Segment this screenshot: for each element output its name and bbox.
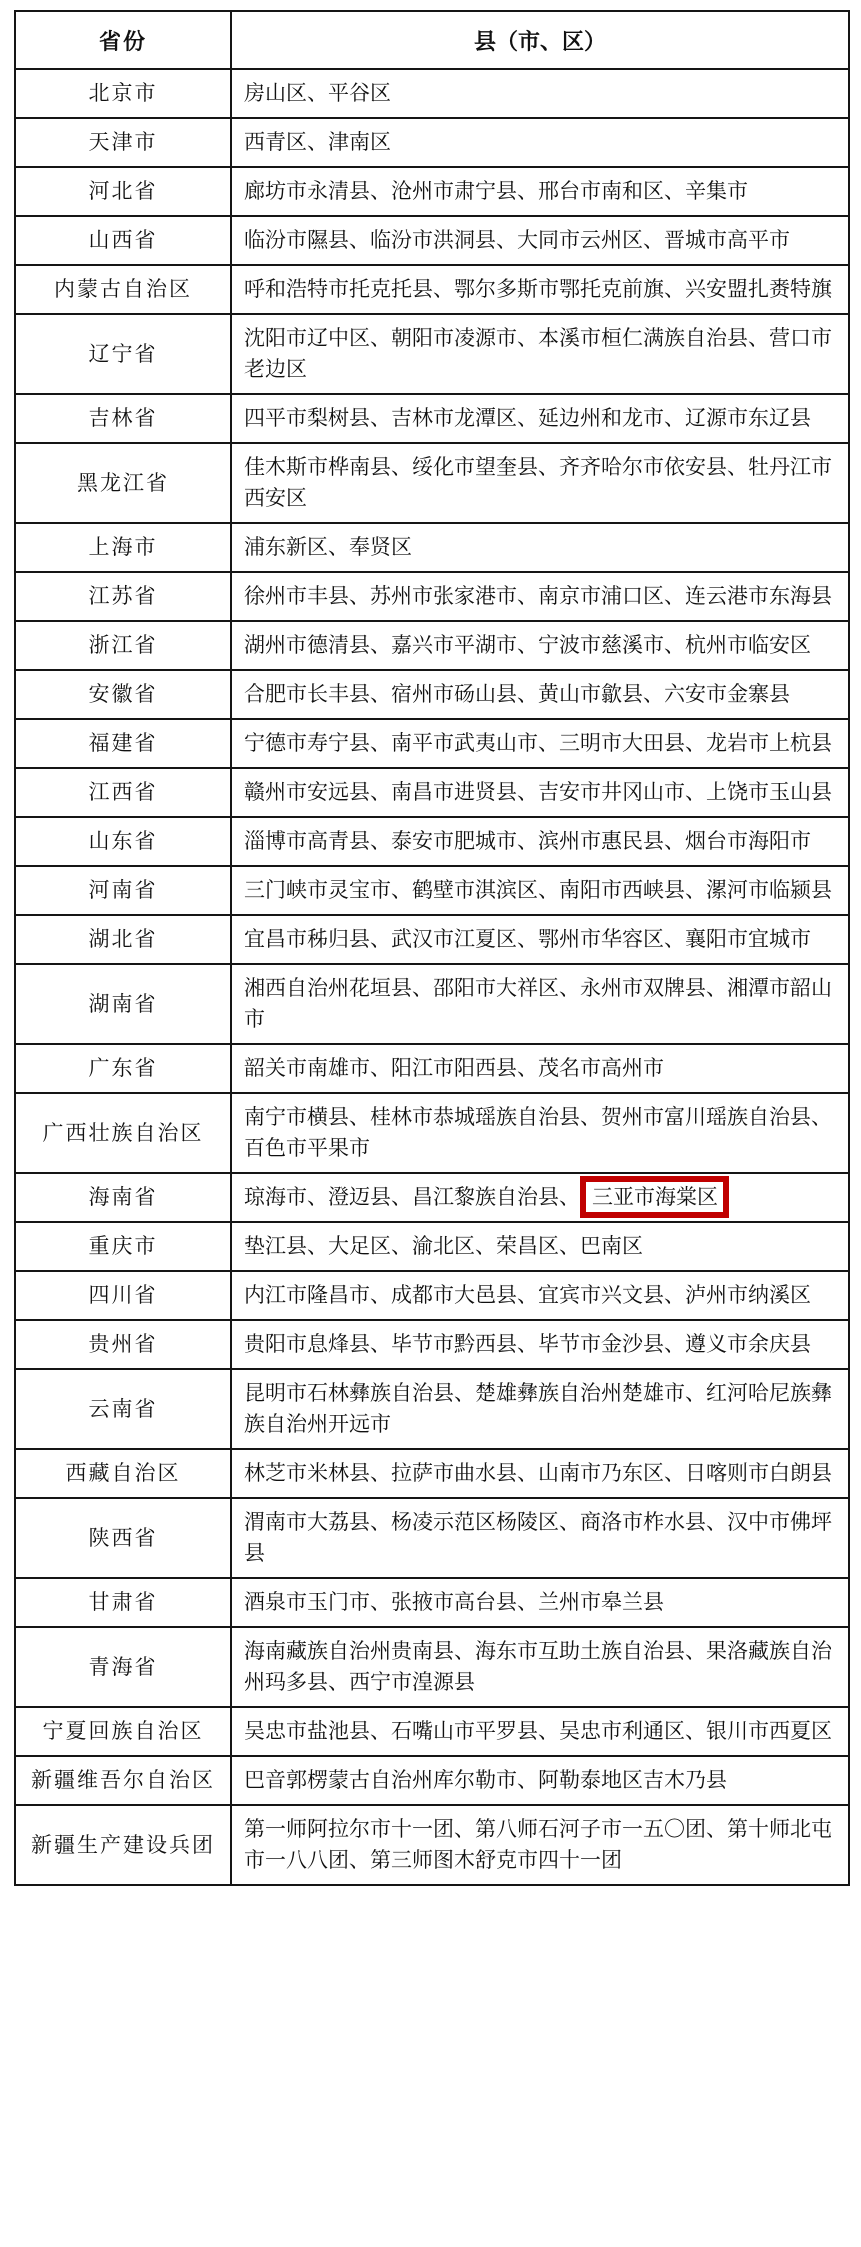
counties-text: 三门峡市灵宝市、鹤壁市淇滨区、南阳市西峡县、漯河市临颍县 bbox=[244, 878, 832, 902]
table-row: 广西壮族自治区南宁市横县、桂林市恭城瑶族自治县、贺州市富川瑶族自治县、百色市平果… bbox=[15, 1093, 849, 1173]
table-row: 新疆维吾尔自治区巴音郭楞蒙古自治州库尔勒市、阿勒泰地区吉木乃县 bbox=[15, 1756, 849, 1805]
counties-text: 湖州市德清县、嘉兴市平湖市、宁波市慈溪市、杭州市临安区 bbox=[244, 633, 811, 657]
province-cell: 吉林省 bbox=[15, 394, 231, 443]
counties-text: 渭南市大荔县、杨凌示范区杨陵区、商洛市柞水县、汉中市佛坪县 bbox=[244, 1510, 832, 1565]
table-row: 山西省临汾市隰县、临汾市洪洞县、大同市云州区、晋城市高平市 bbox=[15, 216, 849, 265]
counties-text: 佳木斯市桦南县、绥化市望奎县、齐齐哈尔市依安县、牡丹江市西安区 bbox=[244, 455, 832, 510]
table-row: 广东省韶关市南雄市、阳江市阳西县、茂名市高州市 bbox=[15, 1044, 849, 1093]
counties-cell: 浦东新区、奉贤区 bbox=[231, 523, 849, 572]
counties-cell: 廊坊市永清县、沧州市肃宁县、邢台市南和区、辛集市 bbox=[231, 167, 849, 216]
highlight-box: 三亚市海棠区 bbox=[580, 1176, 729, 1218]
province-cell: 湖南省 bbox=[15, 964, 231, 1044]
counties-cell: 西青区、津南区 bbox=[231, 118, 849, 167]
province-cell: 广东省 bbox=[15, 1044, 231, 1093]
counties-cell: 临汾市隰县、临汾市洪洞县、大同市云州区、晋城市高平市 bbox=[231, 216, 849, 265]
counties-cell: 湘西自治州花垣县、邵阳市大祥区、永州市双牌县、湘潭市韶山市 bbox=[231, 964, 849, 1044]
counties-cell: 渭南市大荔县、杨凌示范区杨陵区、商洛市柞水县、汉中市佛坪县 bbox=[231, 1498, 849, 1578]
province-cell: 河南省 bbox=[15, 866, 231, 915]
table-row: 山东省淄博市高青县、泰安市肥城市、滨州市惠民县、烟台市海阳市 bbox=[15, 817, 849, 866]
counties-cell: 韶关市南雄市、阳江市阳西县、茂名市高州市 bbox=[231, 1044, 849, 1093]
table-row: 新疆生产建设兵团第一师阿拉尔市十一团、第八师石河子市一五〇团、第十师北屯市一八八… bbox=[15, 1805, 849, 1885]
counties-cell: 林芝市米林县、拉萨市曲水县、山南市乃东区、日喀则市白朗县 bbox=[231, 1449, 849, 1498]
counties-text: 琼海市、澄迈县、昌江黎族自治县、 bbox=[244, 1185, 580, 1209]
table-row: 河北省廊坊市永清县、沧州市肃宁县、邢台市南和区、辛集市 bbox=[15, 167, 849, 216]
table-row: 黑龙江省佳木斯市桦南县、绥化市望奎县、齐齐哈尔市依安县、牡丹江市西安区 bbox=[15, 443, 849, 523]
counties-text: 贵阳市息烽县、毕节市黔西县、毕节市金沙县、遵义市余庆县 bbox=[244, 1332, 811, 1356]
province-cell: 北京市 bbox=[15, 69, 231, 118]
counties-text: 临汾市隰县、临汾市洪洞县、大同市云州区、晋城市高平市 bbox=[244, 228, 790, 252]
table-row: 江西省赣州市安远县、南昌市进贤县、吉安市井冈山市、上饶市玉山县 bbox=[15, 768, 849, 817]
counties-text: 呼和浩特市托克托县、鄂尔多斯市鄂托克前旗、兴安盟扎赉特旗 bbox=[244, 277, 832, 301]
header-counties: 县（市、区） bbox=[231, 11, 849, 69]
counties-cell: 房山区、平谷区 bbox=[231, 69, 849, 118]
province-cell: 内蒙古自治区 bbox=[15, 265, 231, 314]
counties-cell: 四平市梨树县、吉林市龙潭区、延边州和龙市、辽源市东辽县 bbox=[231, 394, 849, 443]
table-row: 宁夏回族自治区吴忠市盐池县、石嘴山市平罗县、吴忠市利通区、银川市西夏区 bbox=[15, 1707, 849, 1756]
table-row: 湖南省湘西自治州花垣县、邵阳市大祥区、永州市双牌县、湘潭市韶山市 bbox=[15, 964, 849, 1044]
table-row: 甘肃省酒泉市玉门市、张掖市高台县、兰州市皋兰县 bbox=[15, 1578, 849, 1627]
province-cell: 浙江省 bbox=[15, 621, 231, 670]
province-cell: 海南省 bbox=[15, 1173, 231, 1222]
province-cell: 新疆生产建设兵团 bbox=[15, 1805, 231, 1885]
table-header-row: 省份 县（市、区） bbox=[15, 11, 849, 69]
counties-cell: 第一师阿拉尔市十一团、第八师石河子市一五〇团、第十师北屯市一八八团、第三师图木舒… bbox=[231, 1805, 849, 1885]
counties-cell: 宜昌市秭归县、武汉市江夏区、鄂州市华容区、襄阳市宜城市 bbox=[231, 915, 849, 964]
counties-cell: 吴忠市盐池县、石嘴山市平罗县、吴忠市利通区、银川市西夏区 bbox=[231, 1707, 849, 1756]
province-cell: 青海省 bbox=[15, 1627, 231, 1707]
table-row: 安徽省合肥市长丰县、宿州市砀山县、黄山市歙县、六安市金寨县 bbox=[15, 670, 849, 719]
counties-cell: 佳木斯市桦南县、绥化市望奎县、齐齐哈尔市依安县、牡丹江市西安区 bbox=[231, 443, 849, 523]
counties-text: 合肥市长丰县、宿州市砀山县、黄山市歙县、六安市金寨县 bbox=[244, 682, 790, 706]
province-cell: 西藏自治区 bbox=[15, 1449, 231, 1498]
province-cell: 贵州省 bbox=[15, 1320, 231, 1369]
counties-text: 内江市隆昌市、成都市大邑县、宜宾市兴文县、泸州市纳溪区 bbox=[244, 1283, 811, 1307]
table-body: 北京市房山区、平谷区天津市西青区、津南区河北省廊坊市永清县、沧州市肃宁县、邢台市… bbox=[15, 69, 849, 1885]
province-cell: 江苏省 bbox=[15, 572, 231, 621]
province-cell: 天津市 bbox=[15, 118, 231, 167]
counties-text: 徐州市丰县、苏州市张家港市、南京市浦口区、连云港市东海县 bbox=[244, 584, 832, 608]
table-row: 辽宁省沈阳市辽中区、朝阳市凌源市、本溪市桓仁满族自治县、营口市老边区 bbox=[15, 314, 849, 394]
counties-cell: 垫江县、大足区、渝北区、荣昌区、巴南区 bbox=[231, 1222, 849, 1271]
province-cell: 福建省 bbox=[15, 719, 231, 768]
table-row: 云南省昆明市石林彝族自治县、楚雄彝族自治州楚雄市、红河哈尼族彝族自治州开远市 bbox=[15, 1369, 849, 1449]
counties-cell: 湖州市德清县、嘉兴市平湖市、宁波市慈溪市、杭州市临安区 bbox=[231, 621, 849, 670]
counties-cell: 淄博市高青县、泰安市肥城市、滨州市惠民县、烟台市海阳市 bbox=[231, 817, 849, 866]
province-cell: 山西省 bbox=[15, 216, 231, 265]
counties-cell: 三门峡市灵宝市、鹤壁市淇滨区、南阳市西峡县、漯河市临颍县 bbox=[231, 866, 849, 915]
province-cell: 重庆市 bbox=[15, 1222, 231, 1271]
table-row: 湖北省宜昌市秭归县、武汉市江夏区、鄂州市华容区、襄阳市宜城市 bbox=[15, 915, 849, 964]
counties-cell: 呼和浩特市托克托县、鄂尔多斯市鄂托克前旗、兴安盟扎赉特旗 bbox=[231, 265, 849, 314]
province-cell: 广西壮族自治区 bbox=[15, 1093, 231, 1173]
counties-text: 西青区、津南区 bbox=[244, 130, 391, 154]
table-row: 贵州省贵阳市息烽县、毕节市黔西县、毕节市金沙县、遵义市余庆县 bbox=[15, 1320, 849, 1369]
counties-text: 海南藏族自治州贵南县、海东市互助土族自治县、果洛藏族自治州玛多县、西宁市湟源县 bbox=[244, 1639, 832, 1694]
province-cell: 上海市 bbox=[15, 523, 231, 572]
counties-text: 沈阳市辽中区、朝阳市凌源市、本溪市桓仁满族自治县、营口市老边区 bbox=[244, 326, 832, 381]
table-row: 内蒙古自治区呼和浩特市托克托县、鄂尔多斯市鄂托克前旗、兴安盟扎赉特旗 bbox=[15, 265, 849, 314]
table-row: 上海市浦东新区、奉贤区 bbox=[15, 523, 849, 572]
table-row: 北京市房山区、平谷区 bbox=[15, 69, 849, 118]
header-province: 省份 bbox=[15, 11, 231, 69]
table-row: 青海省海南藏族自治州贵南县、海东市互助土族自治县、果洛藏族自治州玛多县、西宁市湟… bbox=[15, 1627, 849, 1707]
counties-cell: 内江市隆昌市、成都市大邑县、宜宾市兴文县、泸州市纳溪区 bbox=[231, 1271, 849, 1320]
counties-text: 酒泉市玉门市、张掖市高台县、兰州市皋兰县 bbox=[244, 1590, 664, 1614]
province-cell: 江西省 bbox=[15, 768, 231, 817]
table-row: 浙江省湖州市德清县、嘉兴市平湖市、宁波市慈溪市、杭州市临安区 bbox=[15, 621, 849, 670]
province-cell: 宁夏回族自治区 bbox=[15, 1707, 231, 1756]
counties-text: 垫江县、大足区、渝北区、荣昌区、巴南区 bbox=[244, 1234, 643, 1258]
province-county-table: 省份 县（市、区） 北京市房山区、平谷区天津市西青区、津南区河北省廊坊市永清县、… bbox=[14, 10, 850, 1886]
province-cell: 陕西省 bbox=[15, 1498, 231, 1578]
table-row: 福建省宁德市寿宁县、南平市武夷山市、三明市大田县、龙岩市上杭县 bbox=[15, 719, 849, 768]
province-cell: 云南省 bbox=[15, 1369, 231, 1449]
counties-text: 宜昌市秭归县、武汉市江夏区、鄂州市华容区、襄阳市宜城市 bbox=[244, 927, 811, 951]
counties-text: 浦东新区、奉贤区 bbox=[244, 535, 412, 559]
counties-cell: 巴音郭楞蒙古自治州库尔勒市、阿勒泰地区吉木乃县 bbox=[231, 1756, 849, 1805]
table-row: 海南省琼海市、澄迈县、昌江黎族自治县、三亚市海棠区 bbox=[15, 1173, 849, 1222]
counties-text: 淄博市高青县、泰安市肥城市、滨州市惠民县、烟台市海阳市 bbox=[244, 829, 811, 853]
table-row: 河南省三门峡市灵宝市、鹤壁市淇滨区、南阳市西峡县、漯河市临颍县 bbox=[15, 866, 849, 915]
counties-cell: 琼海市、澄迈县、昌江黎族自治县、三亚市海棠区 bbox=[231, 1173, 849, 1222]
province-cell: 安徽省 bbox=[15, 670, 231, 719]
counties-text: 宁德市寿宁县、南平市武夷山市、三明市大田县、龙岩市上杭县 bbox=[244, 731, 832, 755]
province-cell: 新疆维吾尔自治区 bbox=[15, 1756, 231, 1805]
counties-text: 湘西自治州花垣县、邵阳市大祥区、永州市双牌县、湘潭市韶山市 bbox=[244, 976, 832, 1031]
counties-cell: 南宁市横县、桂林市恭城瑶族自治县、贺州市富川瑶族自治县、百色市平果市 bbox=[231, 1093, 849, 1173]
counties-cell: 宁德市寿宁县、南平市武夷山市、三明市大田县、龙岩市上杭县 bbox=[231, 719, 849, 768]
table-row: 江苏省徐州市丰县、苏州市张家港市、南京市浦口区、连云港市东海县 bbox=[15, 572, 849, 621]
table-row: 陕西省渭南市大荔县、杨凌示范区杨陵区、商洛市柞水县、汉中市佛坪县 bbox=[15, 1498, 849, 1578]
counties-text: 廊坊市永清县、沧州市肃宁县、邢台市南和区、辛集市 bbox=[244, 179, 748, 203]
counties-cell: 赣州市安远县、南昌市进贤县、吉安市井冈山市、上饶市玉山县 bbox=[231, 768, 849, 817]
table-row: 吉林省四平市梨树县、吉林市龙潭区、延边州和龙市、辽源市东辽县 bbox=[15, 394, 849, 443]
counties-text: 昆明市石林彝族自治县、楚雄彝族自治州楚雄市、红河哈尼族彝族自治州开远市 bbox=[244, 1381, 832, 1436]
province-cell: 山东省 bbox=[15, 817, 231, 866]
counties-text: 第一师阿拉尔市十一团、第八师石河子市一五〇团、第十师北屯市一八八团、第三师图木舒… bbox=[244, 1817, 832, 1872]
counties-text: 吴忠市盐池县、石嘴山市平罗县、吴忠市利通区、银川市西夏区 bbox=[244, 1719, 832, 1743]
counties-cell: 昆明市石林彝族自治县、楚雄彝族自治州楚雄市、红河哈尼族彝族自治州开远市 bbox=[231, 1369, 849, 1449]
province-cell: 黑龙江省 bbox=[15, 443, 231, 523]
counties-text: 南宁市横县、桂林市恭城瑶族自治县、贺州市富川瑶族自治县、百色市平果市 bbox=[244, 1105, 832, 1160]
table-row: 天津市西青区、津南区 bbox=[15, 118, 849, 167]
table-row: 四川省内江市隆昌市、成都市大邑县、宜宾市兴文县、泸州市纳溪区 bbox=[15, 1271, 849, 1320]
province-cell: 四川省 bbox=[15, 1271, 231, 1320]
province-cell: 辽宁省 bbox=[15, 314, 231, 394]
table-row: 西藏自治区林芝市米林县、拉萨市曲水县、山南市乃东区、日喀则市白朗县 bbox=[15, 1449, 849, 1498]
counties-cell: 贵阳市息烽县、毕节市黔西县、毕节市金沙县、遵义市余庆县 bbox=[231, 1320, 849, 1369]
counties-cell: 沈阳市辽中区、朝阳市凌源市、本溪市桓仁满族自治县、营口市老边区 bbox=[231, 314, 849, 394]
province-cell: 河北省 bbox=[15, 167, 231, 216]
table-row: 重庆市垫江县、大足区、渝北区、荣昌区、巴南区 bbox=[15, 1222, 849, 1271]
counties-text: 房山区、平谷区 bbox=[244, 81, 391, 105]
document-page: 省份 县（市、区） 北京市房山区、平谷区天津市西青区、津南区河北省廊坊市永清县、… bbox=[0, 0, 861, 2247]
counties-text: 四平市梨树县、吉林市龙潭区、延边州和龙市、辽源市东辽县 bbox=[244, 406, 811, 430]
counties-text: 韶关市南雄市、阳江市阳西县、茂名市高州市 bbox=[244, 1056, 664, 1080]
counties-cell: 海南藏族自治州贵南县、海东市互助土族自治县、果洛藏族自治州玛多县、西宁市湟源县 bbox=[231, 1627, 849, 1707]
counties-cell: 徐州市丰县、苏州市张家港市、南京市浦口区、连云港市东海县 bbox=[231, 572, 849, 621]
province-cell: 甘肃省 bbox=[15, 1578, 231, 1627]
counties-cell: 合肥市长丰县、宿州市砀山县、黄山市歙县、六安市金寨县 bbox=[231, 670, 849, 719]
counties-cell: 酒泉市玉门市、张掖市高台县、兰州市皋兰县 bbox=[231, 1578, 849, 1627]
province-cell: 湖北省 bbox=[15, 915, 231, 964]
counties-text: 赣州市安远县、南昌市进贤县、吉安市井冈山市、上饶市玉山县 bbox=[244, 780, 832, 804]
counties-text: 林芝市米林县、拉萨市曲水县、山南市乃东区、日喀则市白朗县 bbox=[244, 1461, 832, 1485]
counties-text: 巴音郭楞蒙古自治州库尔勒市、阿勒泰地区吉木乃县 bbox=[244, 1768, 727, 1792]
